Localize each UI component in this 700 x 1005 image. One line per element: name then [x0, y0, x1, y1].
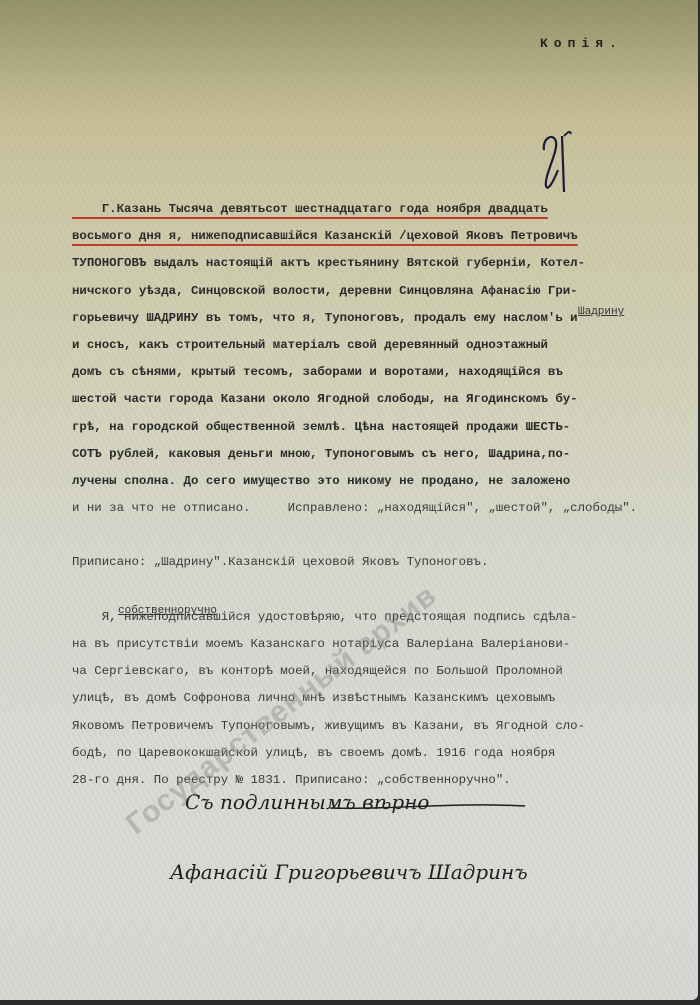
document-line: восьмого дня я, нижеподписавшійся Казанс…	[72, 223, 692, 250]
document-line: Приписано: „Шадрину".Казанскій цеховой Я…	[72, 549, 692, 576]
handwritten-page-number	[540, 128, 580, 198]
document-line: Яковомъ Петровичемъ Тупоноговымъ, живущи…	[72, 713, 692, 740]
document-line: и ни за что не отписано. Исправлено: „на…	[72, 495, 692, 522]
insert-sobstvennoruchno: собственноручно	[118, 605, 217, 617]
document-line: бодѣ, по Царевококшайской улицѣ, въ свое…	[72, 740, 692, 767]
insert-shadrinu: Шадрину	[578, 306, 624, 318]
document-page: Копія. Г.Казань Тысяча девятьсот шестнад…	[0, 0, 698, 1000]
document-line: ча Сергіевскаго, въ конторѣ моей, находя…	[72, 658, 692, 685]
document-line: шестой части города Казани около Ягодной…	[72, 386, 692, 413]
document-line: улицѣ, въ домѣ Софронова лично мнѣ извѣс…	[72, 685, 692, 712]
document-line: ничского уѣзда, Синцовской волости, дере…	[72, 278, 692, 305]
document-line: ТУПОНОГОВЪ выдалъ настоящій актъ крестья…	[72, 250, 692, 277]
signature-flourish	[330, 798, 530, 818]
document-line: и сносъ, какъ строительный матеріалъ сво…	[72, 332, 692, 359]
document-line: СОТЪ рублей, каковыя деньги мною, Тупоно…	[72, 441, 692, 468]
document-line	[72, 522, 692, 549]
document-line: Г.Казань Тысяча девятьсот шестнадцатаго …	[72, 196, 692, 223]
document-line: лучены сполна. До сего имущество это ник…	[72, 468, 692, 495]
copy-mark: Копія.	[540, 36, 623, 51]
document-line: домъ съ сѣнями, крытый тесомъ, заборами …	[72, 359, 692, 386]
buyer-signature: Афанасій Григорьевичъ Шадринъ	[170, 860, 528, 884]
document-line	[72, 577, 692, 604]
document-body: Г.Казань Тысяча девятьсот шестнадцатаго …	[72, 196, 692, 794]
document-line: грѣ, на городской общественной землѣ. Цѣ…	[72, 414, 692, 441]
